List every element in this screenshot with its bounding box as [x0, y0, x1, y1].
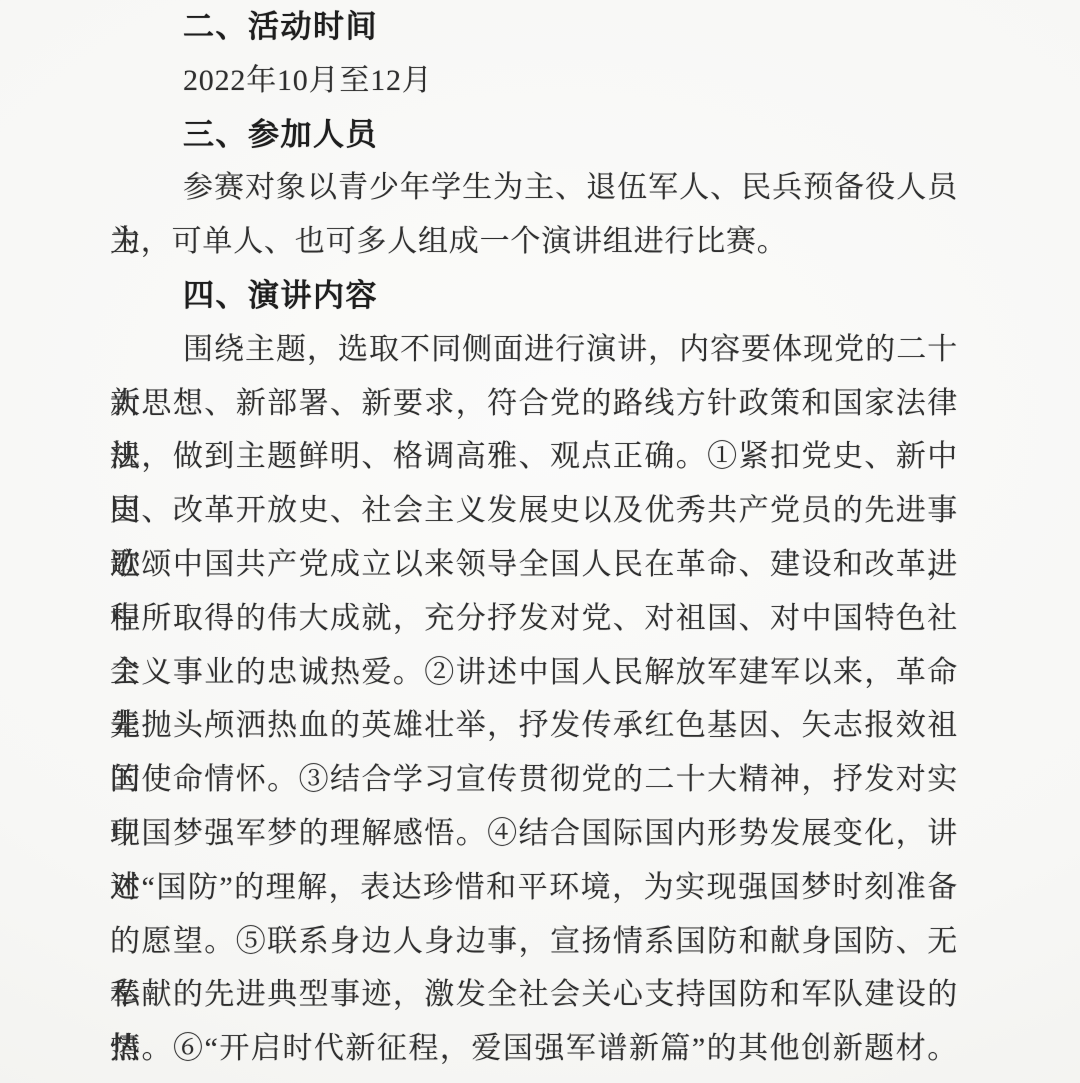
line-speech-content-3: 规，做到主题鲜明、格调高雅、观点正确。①紧扣党史、新中国	[110, 430, 958, 484]
heading-activity-time: 二、活动时间	[110, 0, 958, 54]
line-speech-content-6: 中所取得的伟大成就，充分抒发对党、对祖国、对中国特色社会	[110, 592, 958, 646]
line-speech-content-10: 中国梦强军梦的理解感悟。④结合国际国内形势发展变化，讲述	[110, 807, 958, 861]
line-speech-content-11: 对“国防”的理解，表达珍惜和平环境，为实现强国梦时刻准备	[110, 861, 958, 915]
document-page: 二、活动时间 2022年10月至12月 三、参加人员 参赛对象以青少年学生为主、…	[0, 0, 1080, 1083]
line-speech-content-2: 新思想、新部署、新要求，符合党的路线方针政策和国家法律法	[110, 377, 958, 431]
line-speech-content-13: 奉献的先进典型事迹，激发全社会关心支持国防和军队建设的热	[110, 968, 958, 1022]
line-speech-content-7: 主义事业的忠诚热爱。②讲述中国人民解放军建军以来，革命先	[110, 646, 958, 700]
line-participants-1: 参赛对象以青少年学生为主、退伍军人、民兵预备役人员为	[110, 161, 958, 215]
line-speech-content-14: 情。⑥“开启时代新征程，爱国强军谱新篇”的其他创新题材。	[110, 1022, 958, 1076]
line-speech-content-4: 史、改革开放史、社会主义发展史以及优秀共产党员的先进事迹，	[110, 484, 958, 538]
document-body: 二、活动时间 2022年10月至12月 三、参加人员 参赛对象以青少年学生为主、…	[110, 0, 958, 1076]
line-activity-date: 2022年10月至12月	[110, 54, 958, 108]
line-speech-content-5: 歌颂中国共产党成立以来领导全国人民在革命、建设和改革进程	[110, 538, 958, 592]
line-speech-content-9: 的使命情怀。③结合学习宣传贯彻党的二十大精神，抒发对实现	[110, 753, 958, 807]
line-speech-content-8: 辈抛头颅洒热血的英雄壮举，抒发传承红色基因、矢志报效祖国	[110, 699, 958, 753]
heading-speech-content: 四、演讲内容	[110, 269, 958, 323]
line-speech-content-1: 围绕主题，选取不同侧面进行演讲，内容要体现党的二十大	[110, 323, 958, 377]
line-speech-content-12: 的愿望。⑤联系身边人身边事，宣扬情系国防和献身国防、无私	[110, 915, 958, 969]
heading-participants: 三、参加人员	[110, 108, 958, 162]
line-participants-2: 主，可单人、也可多人组成一个演讲组进行比赛。	[110, 215, 958, 269]
